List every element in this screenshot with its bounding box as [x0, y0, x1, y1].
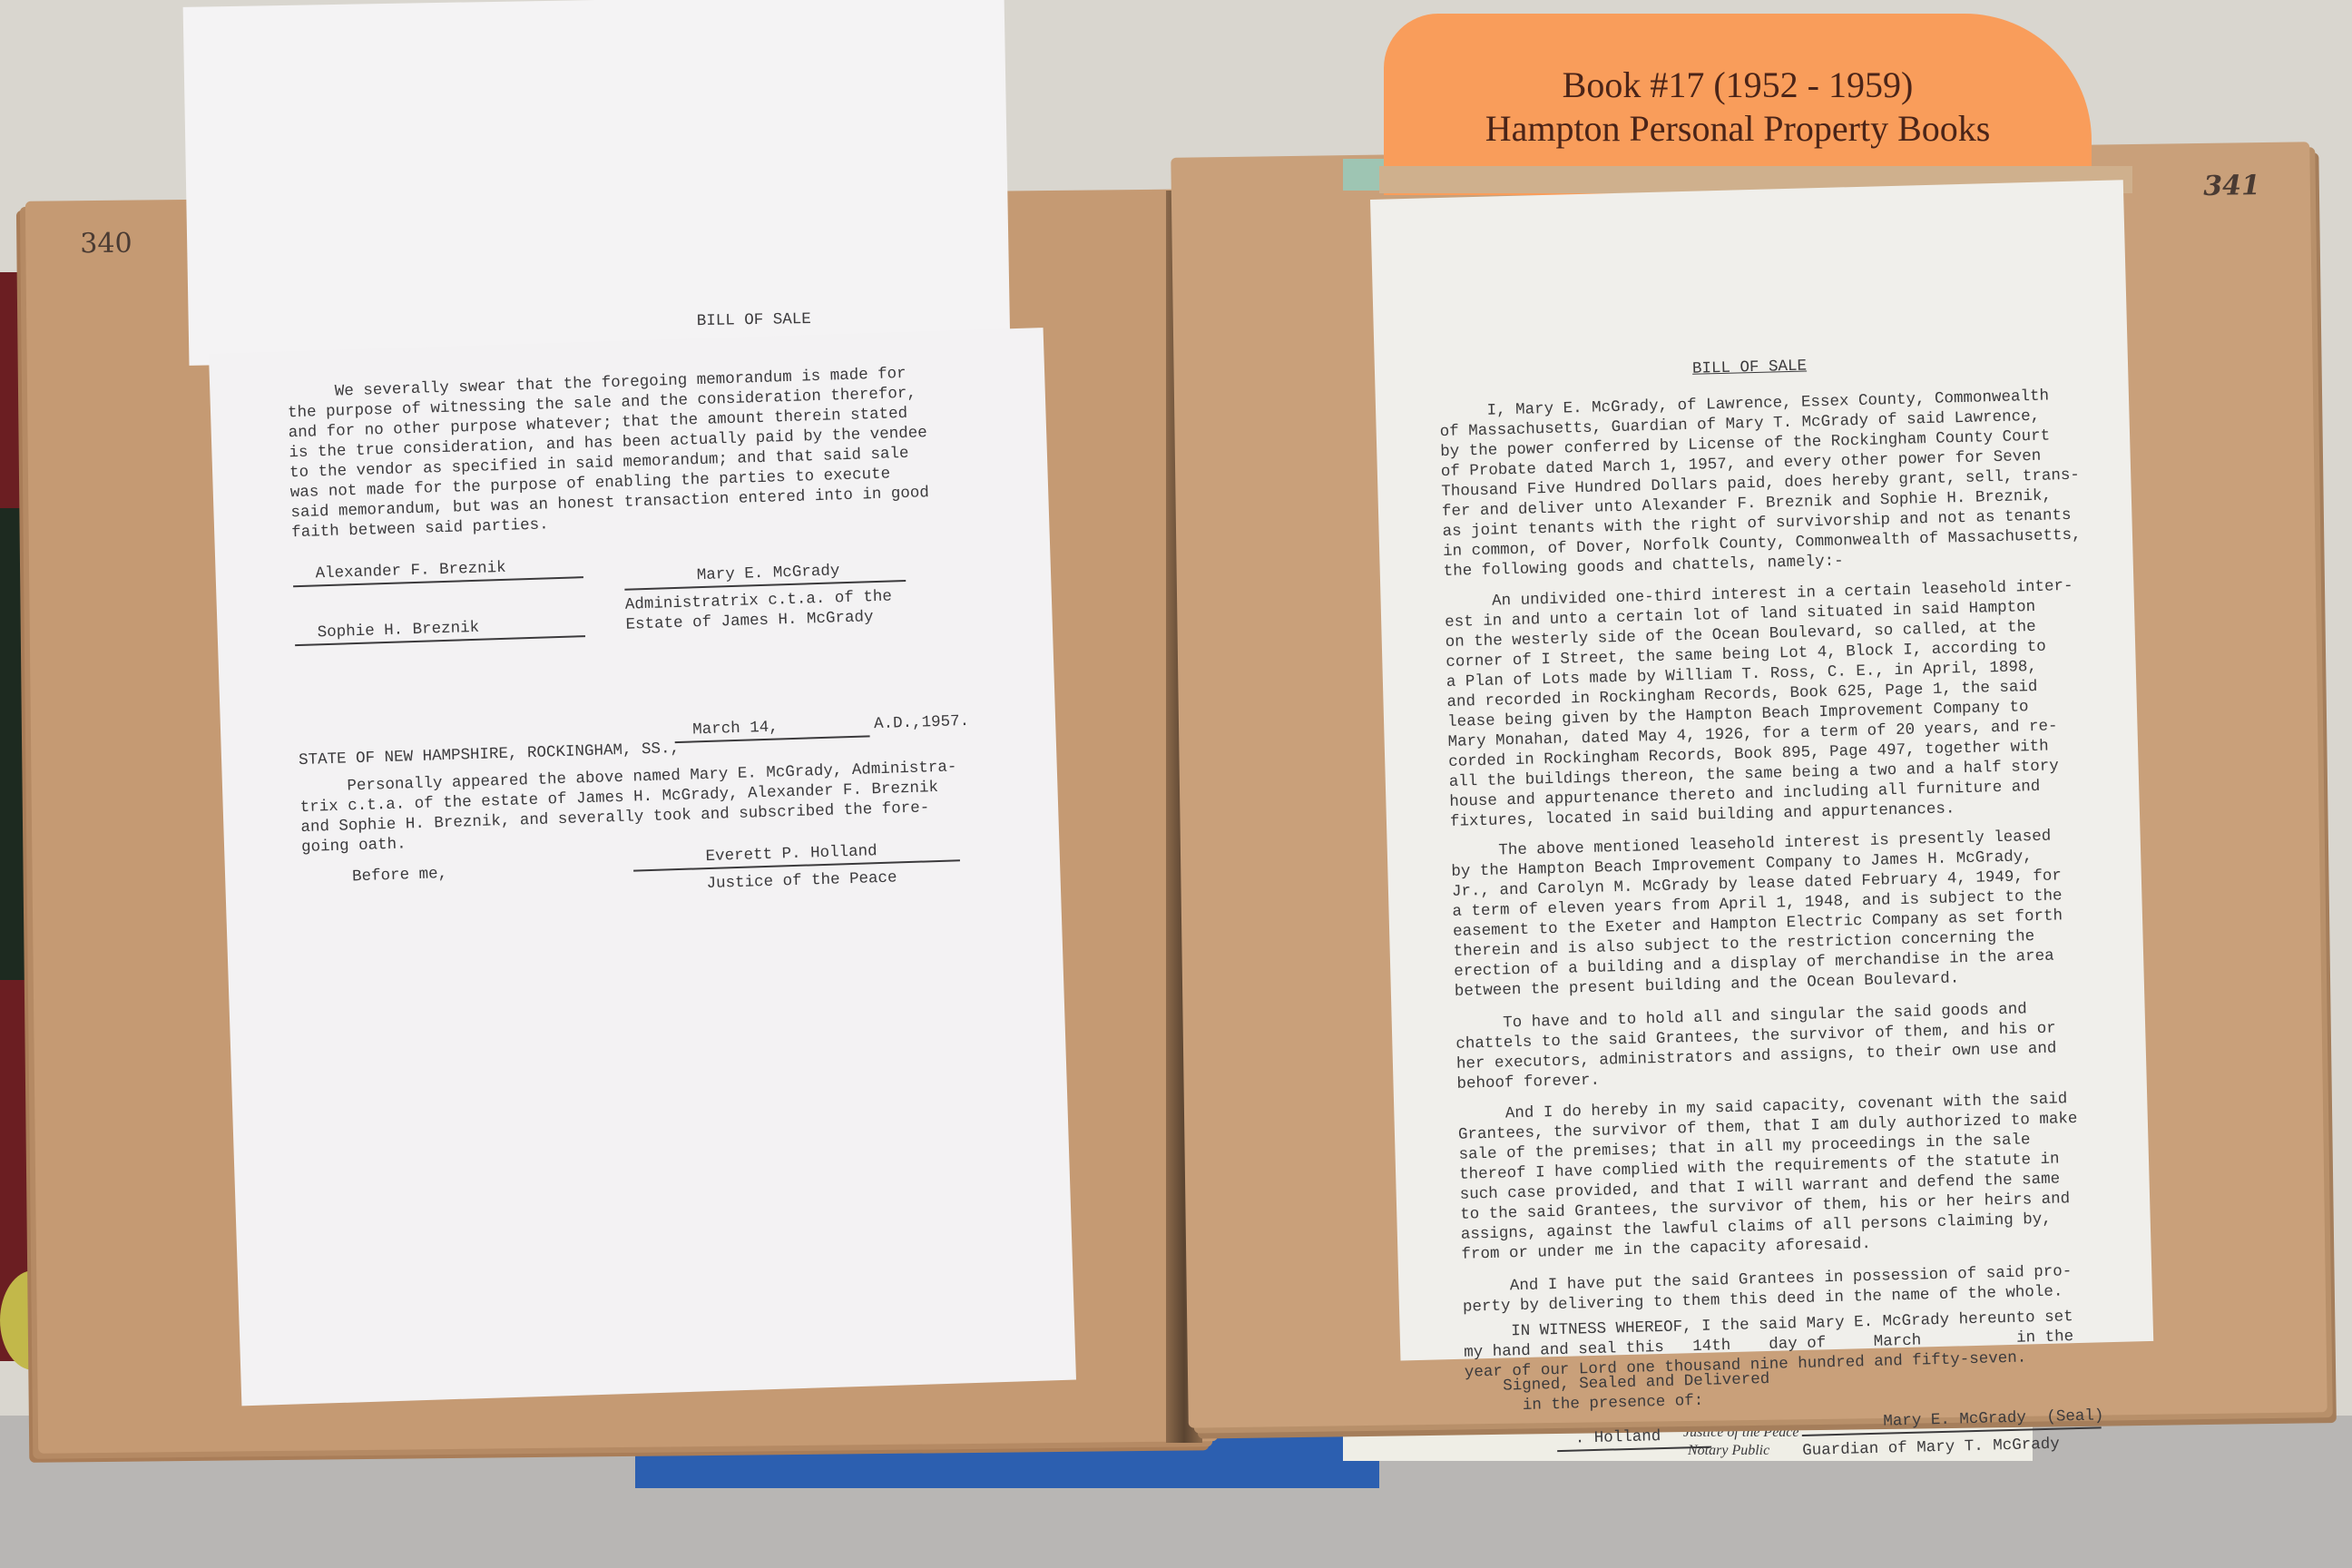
- page-number-left: 340: [80, 228, 132, 260]
- oath-paragraph: We severally swear that the foregoing me…: [287, 363, 930, 543]
- justice-title: Justice of the Peace: [706, 867, 897, 894]
- bill-of-sale-signatures: Signed, Sealed and Delivered in the pres…: [1370, 180, 2153, 1360]
- seal-mark: (Seal): [2046, 1406, 2104, 1427]
- folded-sheet-ghost-title: BILL OF SALE: [697, 309, 811, 331]
- grantor-signature: Mary E. McGrady: [1883, 1408, 2026, 1432]
- underlying-title-1: Justice of the Peace: [1683, 1425, 1799, 1441]
- jurat-year: A.D.,1957.: [874, 711, 970, 734]
- book-label-title: Book #17 (1952 - 1959): [1384, 64, 2092, 106]
- jurat-date: March 14,: [692, 717, 779, 740]
- book-cover-dark-band: [0, 508, 27, 980]
- underlying-title-2: Notary Public: [1688, 1443, 1769, 1459]
- jurat-venue: STATE OF NEW HAMPSHIRE, ROCKINGHAM, SS.,: [299, 739, 681, 770]
- book-label-subtitle: Hampton Personal Property Books: [1384, 107, 2092, 150]
- left-document: We severally swear that the foregoing me…: [209, 328, 1076, 1406]
- before-me: Before me,: [352, 864, 448, 887]
- folded-sheet: BILL OF SALE: [183, 0, 1011, 366]
- witness-signature: . Holland: [1575, 1426, 1661, 1448]
- signed-sealed-delivered: Signed, Sealed and Delivered in the pres…: [1465, 1369, 1770, 1417]
- page-number-right: 341: [2203, 170, 2260, 202]
